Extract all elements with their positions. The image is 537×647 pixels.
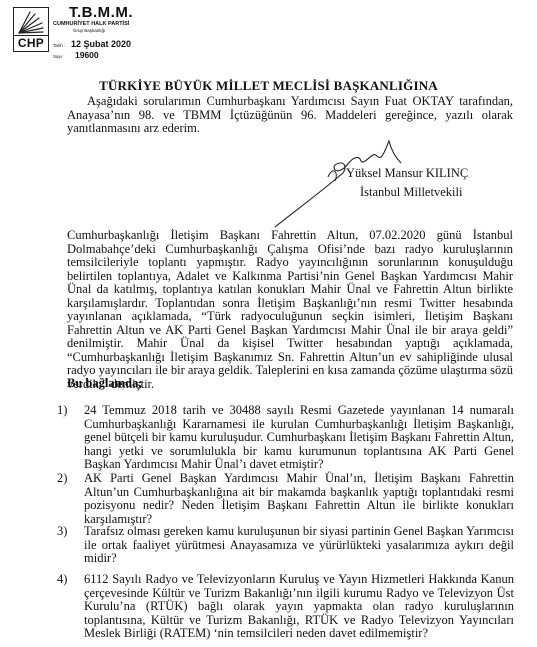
question-text: Tarafsız olması gereken kamu kuruluşunun… — [84, 524, 514, 565]
institution: T.B.M.M. — [69, 4, 133, 21]
document-title: TÜRKİYE BÜYÜK MİLLET MECLİSİ BAŞKANLIĞIN… — [0, 78, 537, 94]
logo-text: CHP — [14, 35, 48, 51]
six-arrows-icon — [14, 8, 47, 36]
question-number: 3) — [57, 525, 67, 539]
question-text: 6112 Sayılı Radyo ve Televizyonların Kur… — [84, 572, 514, 640]
question-number: 4) — [57, 573, 67, 587]
question-number: 1) — [57, 404, 67, 418]
number-label: Sayı : — [53, 54, 71, 59]
question-number: 2) — [57, 472, 67, 486]
intro-paragraph: Aşağıdaki sorularımın Cumhurbaşkanı Yard… — [67, 95, 513, 136]
number-value: 19600 — [75, 50, 99, 60]
number-row: Sayı :19600 — [53, 45, 99, 63]
question-text: 24 Temmuz 2018 tarih ve 30488 sayılı Res… — [84, 403, 514, 471]
context-heading: Bu bağlamda; — [67, 376, 142, 391]
question-text: AK Parti Genel Başkan Yardımcısı Mahir Ü… — [84, 471, 514, 526]
question-2: 2) AK Parti Genel Başkan Yardımcısı Mahi… — [84, 472, 514, 526]
chp-logo: CHP — [13, 7, 49, 52]
question-1: 1) 24 Temmuz 2018 tarih ve 30488 sayılı … — [84, 404, 514, 472]
question-4: 4) 6112 Sayılı Radyo ve Televizyonların … — [84, 573, 514, 641]
party-name: CUMHURİYET HALK PARTİSİ — [53, 21, 129, 27]
signatory-title: İstanbul Milletvekili — [360, 185, 462, 200]
letterhead: CHP T.B.M.M. CUMHURİYET HALK PARTİSİ Gru… — [13, 7, 49, 53]
question-3: 3) Tarafsız olması gereken kamu kuruluşu… — [84, 525, 514, 566]
signature — [273, 135, 403, 230]
group-name: Grup Başkanlığı — [73, 28, 105, 33]
body-paragraph: Cumhurbaşkanlığı İletişim Başkanı Fahret… — [67, 229, 513, 391]
signatory-name: Yüksel Mansur KILINÇ — [346, 166, 468, 181]
